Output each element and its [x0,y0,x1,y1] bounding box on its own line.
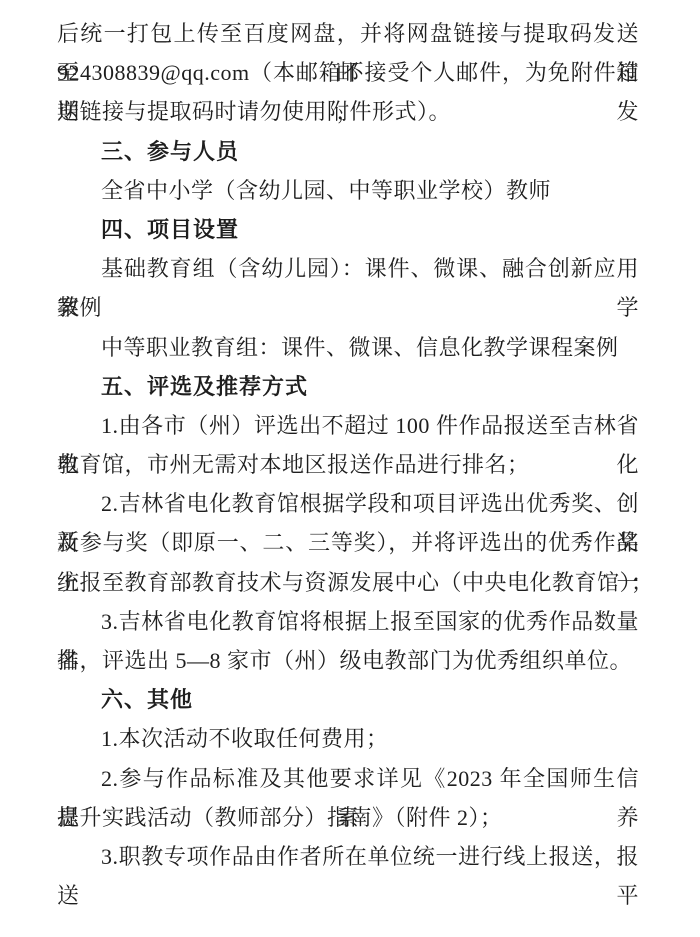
scanned-document-screenshot: { "page": { "background_color": "#ffffff… [0,0,700,937]
document-line: 上报至教育部教育技术与资源发展中心（中央电化教育馆）； [57,563,639,602]
document-line: 全省中小学（含幼儿园、中等职业学校）教师 [57,171,639,210]
document-line: 3.吉林省电化教育馆将根据上报至国家的优秀作品数量排 [57,602,639,641]
section-heading: 六、其他 [57,680,639,719]
document-line: 2.参与作品标准及其他要求详见《2023 年全国师生信息素养 [57,759,639,798]
section-heading: 四、项目设置 [57,210,639,249]
document-text-block: 后统一打包上传至百度网盘，并将网盘链接与提取码发送至邮箱924308839@qq… [57,14,639,876]
document-line: 1.本次活动不收取任何费用； [57,719,639,758]
document-line: 2.吉林省电化教育馆根据学段和项目评选出优秀奖、创新奖 [57,484,639,523]
document-line: 基础教育组（含幼儿园）：课件、微课、融合创新应用教学 [57,249,639,288]
document-line: 3.职教专项作品由作者所在单位统一进行线上报送，报送平 [57,837,639,876]
document-line: 名，评选出 5—8 家市（州）级电教部门为优秀组织单位。 [57,641,639,680]
document-page: 后统一打包上传至百度网盘，并将网盘链接与提取码发送至邮箱924308839@qq… [0,0,700,937]
document-line: 及参与奖（即原一、二、三等奖），并将评选出的优秀作品统一 [57,523,639,562]
document-line: 中等职业教育组：课件、微课、信息化教学课程案例 [57,328,639,367]
document-line: 924308839@qq.com（本邮箱不接受个人邮件，为免附件过期，发 [57,53,639,92]
section-heading: 五、评选及推荐方式 [57,367,639,406]
document-line: 1.由各市（州）评选出不超过 100 件作品报送至吉林省电化 [57,406,639,445]
document-line: 后统一打包上传至百度网盘，并将网盘链接与提取码发送至邮箱 [57,14,639,53]
section-heading: 三、参与人员 [57,132,639,171]
